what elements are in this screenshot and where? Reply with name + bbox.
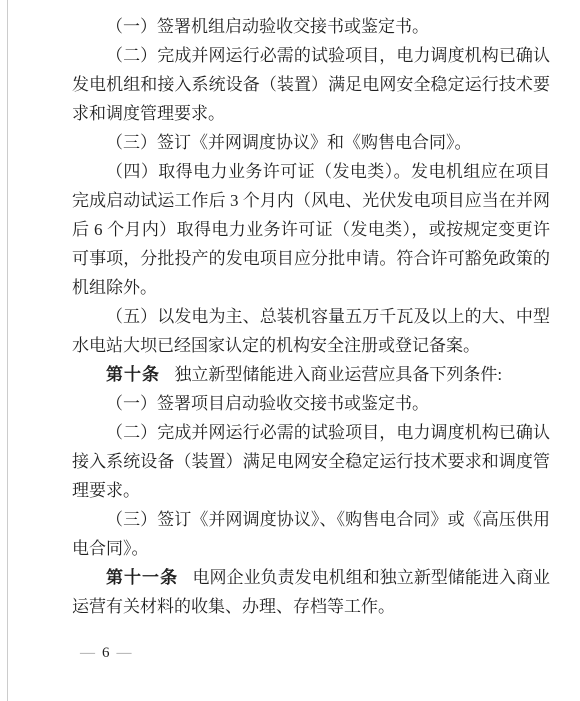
clause-sign-handover: （一）签署机组启动验收交接书或鉴定书。 — [72, 12, 550, 41]
article-10: 第十条独立新型储能进入商业运营应具备下列条件: — [72, 360, 550, 389]
clause-grid-tests: （二）完成并网运行必需的试验项目，电力调度机构已确认发电机组和接入系统设备（装置… — [72, 41, 550, 128]
article-10-number: 第十条 — [106, 365, 160, 384]
clause-hydropower-dam-registration: （五）以发电为主、总装机容量五万千瓦及以上的大、中型水电站大坝已经国家认定的机构… — [72, 302, 550, 360]
page-left-edge-line — [7, 0, 8, 701]
clause-storage-sign-agreements: （三）签订《并网调度协议》、《购售电合同》或《高压供用电合同》。 — [72, 505, 550, 563]
page-number: —6— — [73, 645, 139, 662]
clause-storage-grid-tests: （二）完成并网运行必需的试验项目，电力调度机构已确认接入系统设备（装置）满足电网… — [72, 418, 550, 505]
page-number-value: 6 — [102, 645, 110, 661]
page-number-dash-left: — — [80, 645, 95, 661]
article-11: 第十一条电网企业负责发电机组和独立新型储能进入商业运营有关材料的收集、办理、存档… — [72, 563, 550, 621]
page-number-dash-right: — — [117, 645, 132, 661]
clause-power-business-license: （四）取得电力业务许可证（发电类）。发电机组应在项目完成启动试运工作后 3 个月… — [72, 157, 550, 302]
document-body: （一）签署机组启动验收交接书或鉴定书。 （二）完成并网运行必需的试验项目，电力调… — [72, 12, 550, 621]
clause-storage-sign-handover: （一）签署项目启动验收交接书或鉴定书。 — [72, 389, 550, 418]
clause-sign-agreements: （三）签订《并网调度协议》和《购售电合同》。 — [72, 128, 550, 157]
article-10-text: 独立新型储能进入商业运营应具备下列条件: — [174, 365, 502, 384]
article-11-number: 第十一条 — [106, 568, 178, 587]
document-page: （一）签署机组启动验收交接书或鉴定书。 （二）完成并网运行必需的试验项目，电力调… — [0, 0, 580, 701]
